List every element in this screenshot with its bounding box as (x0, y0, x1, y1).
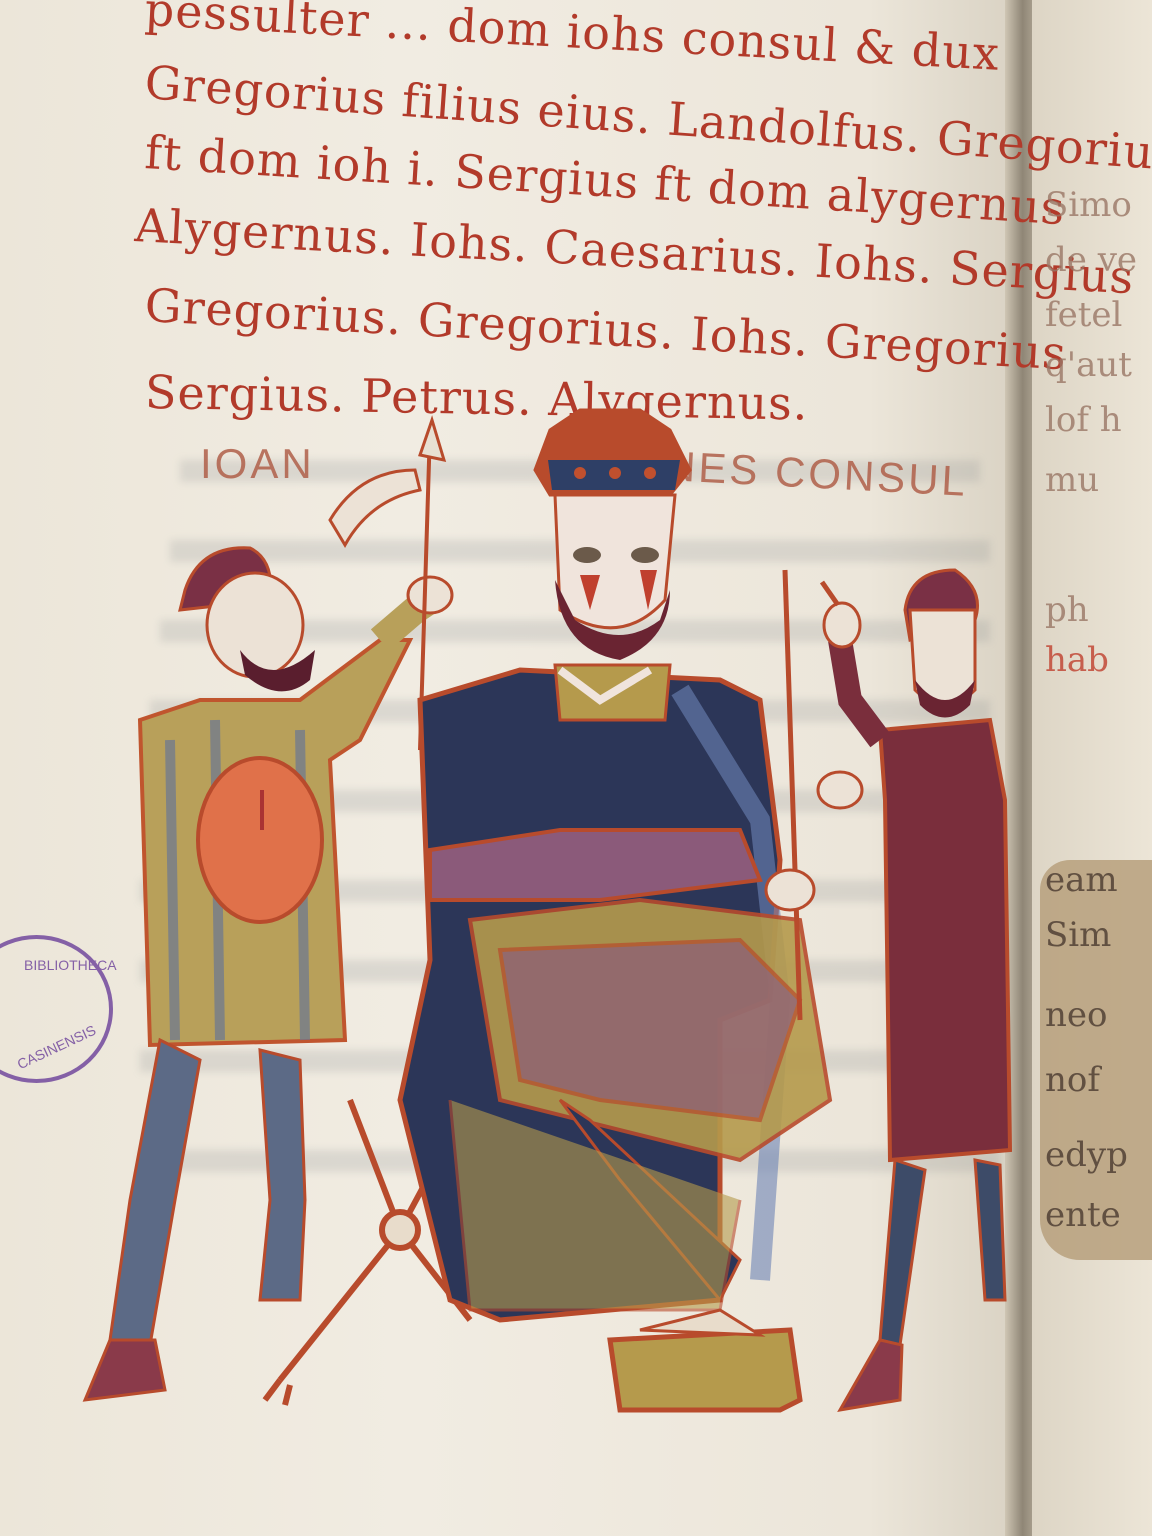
attendant-left-figure (85, 420, 452, 1400)
attendant-right-figure (818, 570, 1010, 1410)
illumination (0, 0, 1152, 1536)
consul-figure (400, 410, 830, 1410)
